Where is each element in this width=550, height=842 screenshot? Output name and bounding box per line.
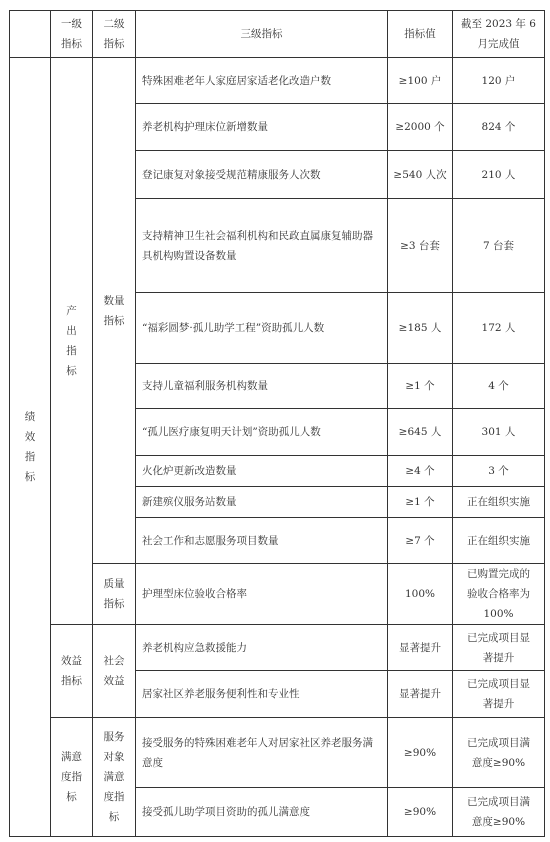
- level2-line: 满意: [97, 767, 131, 787]
- actual-line: 已完成项目满: [457, 792, 540, 812]
- target-cell: ≥645 人: [388, 409, 453, 456]
- header-level3: 三级指标: [136, 11, 388, 58]
- indicator-cell: 社会工作和志愿服务项目数量: [136, 518, 388, 564]
- group-line: 标: [14, 467, 46, 487]
- actual-cell: 已完成项目满 意度≥90%: [453, 788, 545, 837]
- level2-quality: 质量 指标: [93, 564, 136, 625]
- table-row: 效益 指标 社会 效益 养老机构应急救援能力 显著提升 已完成项目显 著提升: [10, 625, 545, 671]
- group-line: 绩: [14, 407, 46, 427]
- level1-line: 产: [55, 301, 88, 321]
- actual-cell: 正在组织实施: [453, 518, 545, 564]
- indicator-cell: 火化炉更新改造数量: [136, 456, 388, 487]
- actual-line: 已完成项目显: [457, 628, 540, 648]
- actual-cell: 4 个: [453, 364, 545, 409]
- target-cell: ≥90%: [388, 788, 453, 837]
- actual-cell: 正在组织实施: [453, 487, 545, 518]
- indicator-cell: 接受服务的特殊困难老年人对居家社区养老服务满意度: [136, 718, 388, 788]
- actual-cell: 已完成项目满 意度≥90%: [453, 718, 545, 788]
- actual-cell: 7 台套: [453, 199, 545, 293]
- actual-line: 100%: [457, 604, 540, 624]
- actual-cell: 824 个: [453, 104, 545, 151]
- indicator-cell: “孤儿医疗康复明天计划”资助孤儿人数: [136, 409, 388, 456]
- actual-cell: 301 人: [453, 409, 545, 456]
- level2-line: 质量: [97, 574, 131, 594]
- level2-line: 度指: [97, 787, 131, 807]
- actual-line: 已完成项目显: [457, 674, 540, 694]
- actual-cell: 172 人: [453, 293, 545, 364]
- target-cell: ≥540 人次: [388, 151, 453, 199]
- header-blank: [10, 11, 51, 58]
- indicator-cell: 护理型床位验收合格率: [136, 564, 388, 625]
- indicator-cell: 支持精神卫生社会福利机构和民政直属康复辅助器具机构购置设备数量: [136, 199, 388, 293]
- actual-line: 意度≥90%: [457, 812, 540, 832]
- indicator-cell: 新建殡仪服务站数量: [136, 487, 388, 518]
- level1-satisfaction: 满意 度指 标: [51, 718, 93, 837]
- level1-line: 指标: [55, 671, 88, 691]
- actual-cell: 210 人: [453, 151, 545, 199]
- header-level1-line: 指标: [55, 34, 88, 54]
- target-cell: ≥2000 个: [388, 104, 453, 151]
- indicator-cell: “福彩圆梦·孤儿助学工程”资助孤儿人数: [136, 293, 388, 364]
- actual-cell: 已购置完成的 验收合格率为 100%: [453, 564, 545, 625]
- header-level1: 一级 指标: [51, 11, 93, 58]
- target-cell: 100%: [388, 564, 453, 625]
- actual-line: 验收合格率为: [457, 584, 540, 604]
- level1-line: 满意: [55, 747, 88, 767]
- header-level2-line: 二级: [97, 14, 131, 34]
- target-cell: 显著提升: [388, 625, 453, 671]
- actual-line: 意度≥90%: [457, 753, 540, 773]
- level1-benefit: 效益 指标: [51, 625, 93, 718]
- indicator-cell: 居家社区养老服务便利性和专业性: [136, 671, 388, 718]
- group-line: 效: [14, 427, 46, 447]
- level1-line: 效益: [55, 651, 88, 671]
- level1-line: 度指: [55, 767, 88, 787]
- header-actual-line: 月完成值: [457, 34, 540, 54]
- target-cell: ≥100 户: [388, 58, 453, 104]
- level2-line: 指标: [97, 594, 131, 614]
- table-row: 满意 度指 标 服务 对象 满意 度指 标 接受服务的特殊困难老年人对居家社区养…: [10, 718, 545, 788]
- table-row: 绩 效 指 标 产 出 指 标 数量 指标 特殊困难老年人家庭居家适老化改造户数…: [10, 58, 545, 104]
- target-cell: ≥1 个: [388, 364, 453, 409]
- actual-line: 著提升: [457, 694, 540, 714]
- level1-line: 标: [55, 361, 88, 381]
- indicator-cell: 接受孤儿助学项目资助的孤儿满意度: [136, 788, 388, 837]
- indicator-cell: 登记康复对象接受规范精康服务人次数: [136, 151, 388, 199]
- level2-quantity: 数量 指标: [93, 58, 136, 564]
- level2-line: 数量: [97, 291, 131, 311]
- group-line: 指: [14, 447, 46, 467]
- level2-line: 指标: [97, 311, 131, 331]
- level1-line: 指: [55, 341, 88, 361]
- header-row: 一级 指标 二级 指标 三级指标 指标值 截至 2023 年 6 月完成值: [10, 11, 545, 58]
- target-cell: ≥90%: [388, 718, 453, 788]
- level2-line: 对象: [97, 747, 131, 767]
- target-cell: ≥1 个: [388, 487, 453, 518]
- header-actual-line: 截至 2023 年 6: [457, 14, 540, 34]
- group-performance: 绩 效 指 标: [10, 58, 51, 837]
- actual-cell: 已完成项目显 著提升: [453, 671, 545, 718]
- target-cell: ≥7 个: [388, 518, 453, 564]
- performance-indicator-table: 一级 指标 二级 指标 三级指标 指标值 截至 2023 年 6 月完成值 绩 …: [9, 10, 545, 837]
- target-cell: 显著提升: [388, 671, 453, 718]
- indicator-cell: 养老机构护理床位新增数量: [136, 104, 388, 151]
- header-target: 指标值: [388, 11, 453, 58]
- level2-line: 效益: [97, 671, 131, 691]
- indicator-cell: 养老机构应急救援能力: [136, 625, 388, 671]
- header-level2: 二级 指标: [93, 11, 136, 58]
- indicator-cell: 特殊困难老年人家庭居家适老化改造户数: [136, 58, 388, 104]
- actual-cell: 已完成项目显 著提升: [453, 625, 545, 671]
- target-cell: ≥185 人: [388, 293, 453, 364]
- level2-line: 社会: [97, 651, 131, 671]
- level2-service-satisfaction: 服务 对象 满意 度指 标: [93, 718, 136, 837]
- level1-line: 标: [55, 787, 88, 807]
- target-cell: ≥4 个: [388, 456, 453, 487]
- actual-cell: 3 个: [453, 456, 545, 487]
- level2-social-benefit: 社会 效益: [93, 625, 136, 718]
- indicator-cell: 支持儿童福利服务机构数量: [136, 364, 388, 409]
- level2-line: 服务: [97, 727, 131, 747]
- target-cell: ≥3 台套: [388, 199, 453, 293]
- actual-line: 已购置完成的: [457, 564, 540, 584]
- actual-line: 已完成项目满: [457, 733, 540, 753]
- actual-cell: 120 户: [453, 58, 545, 104]
- level1-line: 出: [55, 321, 88, 341]
- header-actual: 截至 2023 年 6 月完成值: [453, 11, 545, 58]
- header-level1-line: 一级: [55, 14, 88, 34]
- level2-line: 标: [97, 807, 131, 827]
- actual-line: 著提升: [457, 648, 540, 668]
- level1-output: 产 出 指 标: [51, 58, 93, 625]
- header-level2-line: 指标: [97, 34, 131, 54]
